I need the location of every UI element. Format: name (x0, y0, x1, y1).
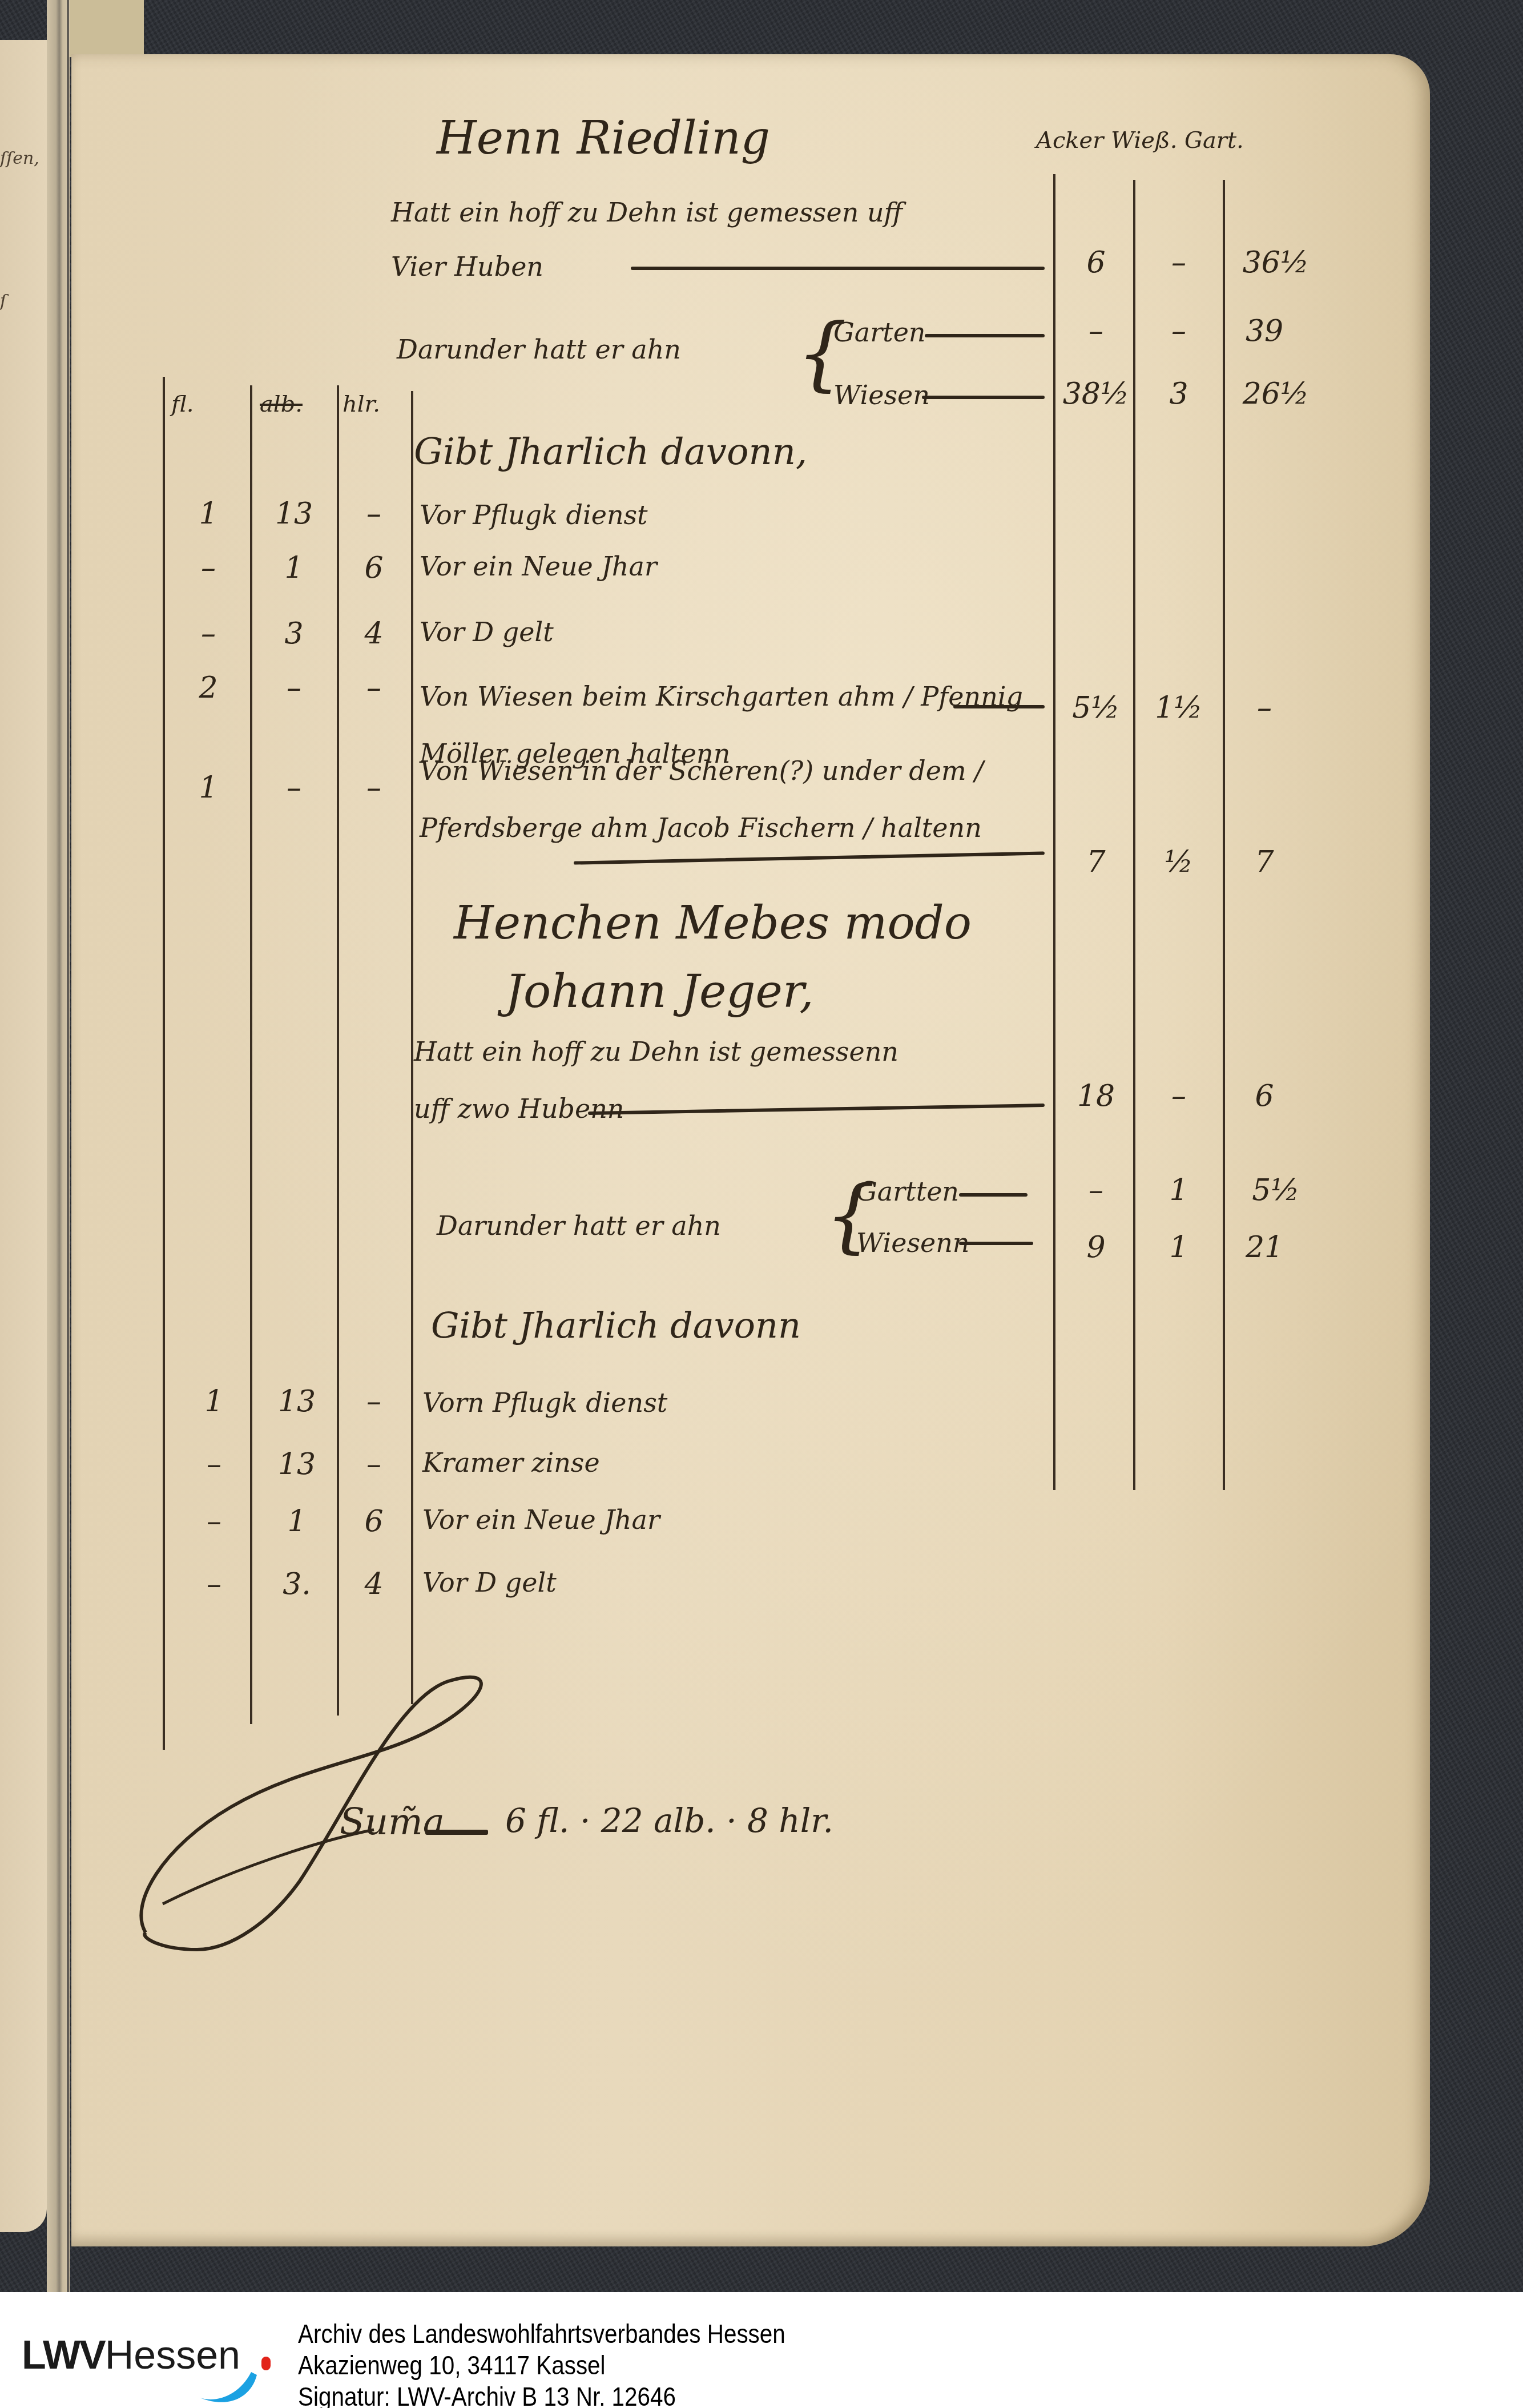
entry-1-holding-line2: Vier Huben (391, 251, 543, 282)
book-gutter (47, 0, 70, 2292)
logo-hessen: Hessen (105, 2333, 240, 2377)
entry-2-acker: 18 (1065, 1079, 1127, 1113)
payment-hlr: – (340, 1447, 408, 1481)
payment-hlr: 4 (340, 617, 408, 651)
page-tab (70, 0, 144, 57)
payment-hlr: 4 (340, 1567, 408, 1601)
payment-alb: – (254, 771, 334, 805)
rule-right-1 (1053, 174, 1055, 1490)
entry-2-darunter-row1-label: Gartten (856, 1176, 959, 1207)
payment-wiesen: 1½ (1145, 691, 1213, 725)
payment-alb: 3. (260, 1567, 334, 1601)
payment-text: Kramer zinse (422, 1447, 600, 1478)
archive-name: Archiv des Landeswohlfahrtsverbandes Hes… (298, 2318, 785, 2349)
archive-info: Archiv des Landeswohlfahrtsverbandes Hes… (298, 2318, 785, 2408)
logo-blue-swoosh-icon (171, 2372, 263, 2406)
rule-left-4 (411, 391, 413, 1704)
entry-2-dash-line (588, 1104, 1045, 1115)
payment-fl: – (168, 617, 248, 651)
entry-2-holding-line2: uff zwo Hubenn (414, 1093, 624, 1124)
payment-hlr: – (340, 1384, 408, 1419)
logo-lwv: LWV (22, 2333, 105, 2377)
payment-fl: – (180, 1504, 248, 1539)
dash-line (959, 1242, 1033, 1245)
payment-alb: 1 (260, 1504, 334, 1539)
entry-1-darunter-row2-wiesen: 3 (1145, 377, 1213, 411)
payment-alb: 13 (254, 497, 334, 531)
payment-alb: 3 (254, 617, 334, 651)
entry-1-darunter-row1-garten: 39 (1230, 314, 1299, 348)
entry-1-darunter-row1-wiesen: – (1145, 314, 1213, 348)
payment-alb: – (254, 671, 334, 705)
payment-text: Vorn Pflugk dienst (422, 1387, 667, 1418)
payment-alb: 13 (260, 1384, 334, 1419)
entry-1-darunter-row1-label: Garten (833, 317, 926, 348)
dash-line (925, 334, 1045, 337)
entry-2-darunter-label: Darunder hatt er ahn (437, 1210, 721, 1241)
payment-garten: – (1230, 691, 1299, 725)
payment-hlr: – (340, 671, 408, 705)
dash-line (953, 705, 1045, 708)
payment-alb: 1 (254, 551, 334, 585)
rule-left-2 (250, 385, 252, 1724)
entry-2-darunter-row1-garten: 5½ (1230, 1173, 1321, 1207)
dash-line (922, 396, 1045, 399)
payment-fl: 1 (168, 497, 248, 531)
payment-text: Vor D gelt (420, 617, 554, 647)
column-header-alb: alb. (260, 391, 303, 417)
entry-1-gibt-heading: Gibt Jharlich davonn, (414, 431, 807, 473)
entry-2-darunter-row2-garten: 21 (1230, 1230, 1299, 1265)
adjacent-page-fragment: ſſen, ſ (0, 40, 47, 2232)
entry-2-gibt-heading: Gibt Jharlich davonn (431, 1304, 801, 1346)
entry-1-dash-line (631, 267, 1045, 270)
payment-hlr: 6 (340, 1504, 408, 1539)
entry-1-darunter-label: Darunder hatt er ahn (397, 334, 681, 365)
payment-fl: – (168, 551, 248, 585)
entry-2-darunter-row2-label: Wiesenn (856, 1227, 970, 1258)
fragment-text: ſſen, (0, 148, 39, 168)
entry-1-darunter-row2-acker: 38½ (1059, 377, 1133, 411)
archive-signature: Signatur: LWV-Archiv B 13 Nr. 12646 (298, 2381, 785, 2408)
entry-2-name-line2: Johann Jeger, (505, 965, 814, 1018)
payment-hlr: – (340, 497, 408, 531)
logo-red-dot-icon (261, 2357, 271, 2370)
entry-2-darunter-row2-acker: 9 (1065, 1230, 1127, 1265)
gutter-fold-line (67, 0, 69, 2292)
payment-acker: 5½ (1065, 691, 1127, 725)
column-header-acker-wiesen-garten: Acker Wieß. Gart. (1036, 127, 1244, 154)
entry-1-darunter-row2-label: Wiesen (833, 380, 930, 410)
total-label: Sum̃a (340, 1801, 445, 1843)
payment-fl: – (180, 1567, 248, 1601)
entry-2-name-line1: Henchen Mebes modo (454, 896, 972, 949)
entry-2-holding-line1: Hatt ein hoff zu Dehn ist gemessenn (414, 1036, 899, 1067)
entry-2-darunter-row1-acker: – (1065, 1173, 1127, 1207)
entry-2-darunter-row2-wiesen: 1 (1145, 1230, 1213, 1265)
entry-2-garten: 6 (1230, 1079, 1299, 1113)
payment-text: Vor D gelt (422, 1567, 557, 1598)
entry-1-darunter-row1-acker: – (1065, 314, 1127, 348)
payment-garten: 7 (1230, 845, 1299, 879)
payment-acker: 7 (1065, 845, 1127, 879)
total-dash (425, 1830, 488, 1835)
payment-text: Vor ein Neue Jhar (422, 1504, 660, 1535)
payment-fl: – (180, 1447, 248, 1481)
archive-footer: LWVHessen Archiv des Landeswohlfahrtsver… (0, 2292, 1523, 2408)
dash-line (959, 1193, 1028, 1197)
payment-hlr: – (340, 771, 408, 805)
payment-fl: 1 (180, 1384, 248, 1419)
entry-1-name: Henn Riedling (437, 111, 770, 164)
payment-text: Von Wiesen in der Scheren(?) under dem /… (420, 742, 1047, 856)
entry-1-garten: 36½ (1230, 245, 1321, 280)
total-amount: 6 fl. · 22 alb. · 8 hlr. (505, 1801, 833, 1840)
rule-right-3 (1223, 180, 1225, 1490)
rule-left-1 (163, 377, 165, 1750)
rule-right-2 (1133, 180, 1135, 1490)
column-header-hlr: hlr. (343, 391, 380, 417)
entry-2-wiesen: – (1145, 1079, 1213, 1113)
fragment-text: ſ (0, 291, 6, 311)
manuscript-page: Acker Wieß. Gart. fl. alb. hlr. Henn Rie… (71, 54, 1430, 2246)
payment-wiesen: ½ (1145, 845, 1213, 879)
rule-left-3 (337, 385, 339, 1716)
entry-1-wiesen: – (1145, 245, 1213, 280)
payment-hlr: 6 (340, 551, 408, 585)
entry-2-darunter-row1-wiesen: 1 (1145, 1173, 1213, 1207)
payment-fl: 1 (168, 771, 248, 805)
payment-text: Vor ein Neue Jhar (420, 551, 657, 582)
entry-1-acker: 6 (1065, 245, 1127, 280)
payment-fl: 2 (168, 671, 248, 705)
column-header-fl: fl. (171, 391, 194, 417)
payment-text: Vor Pflugk dienst (420, 500, 648, 530)
archive-address: Akazienweg 10, 34117 Kassel (298, 2349, 785, 2381)
payment-alb: 13 (260, 1447, 334, 1481)
entry-1-darunter-row2-garten: 26½ (1230, 377, 1321, 411)
entry-1-holding-line1: Hatt ein hoff zu Dehn ist gemessen uff (391, 197, 902, 228)
